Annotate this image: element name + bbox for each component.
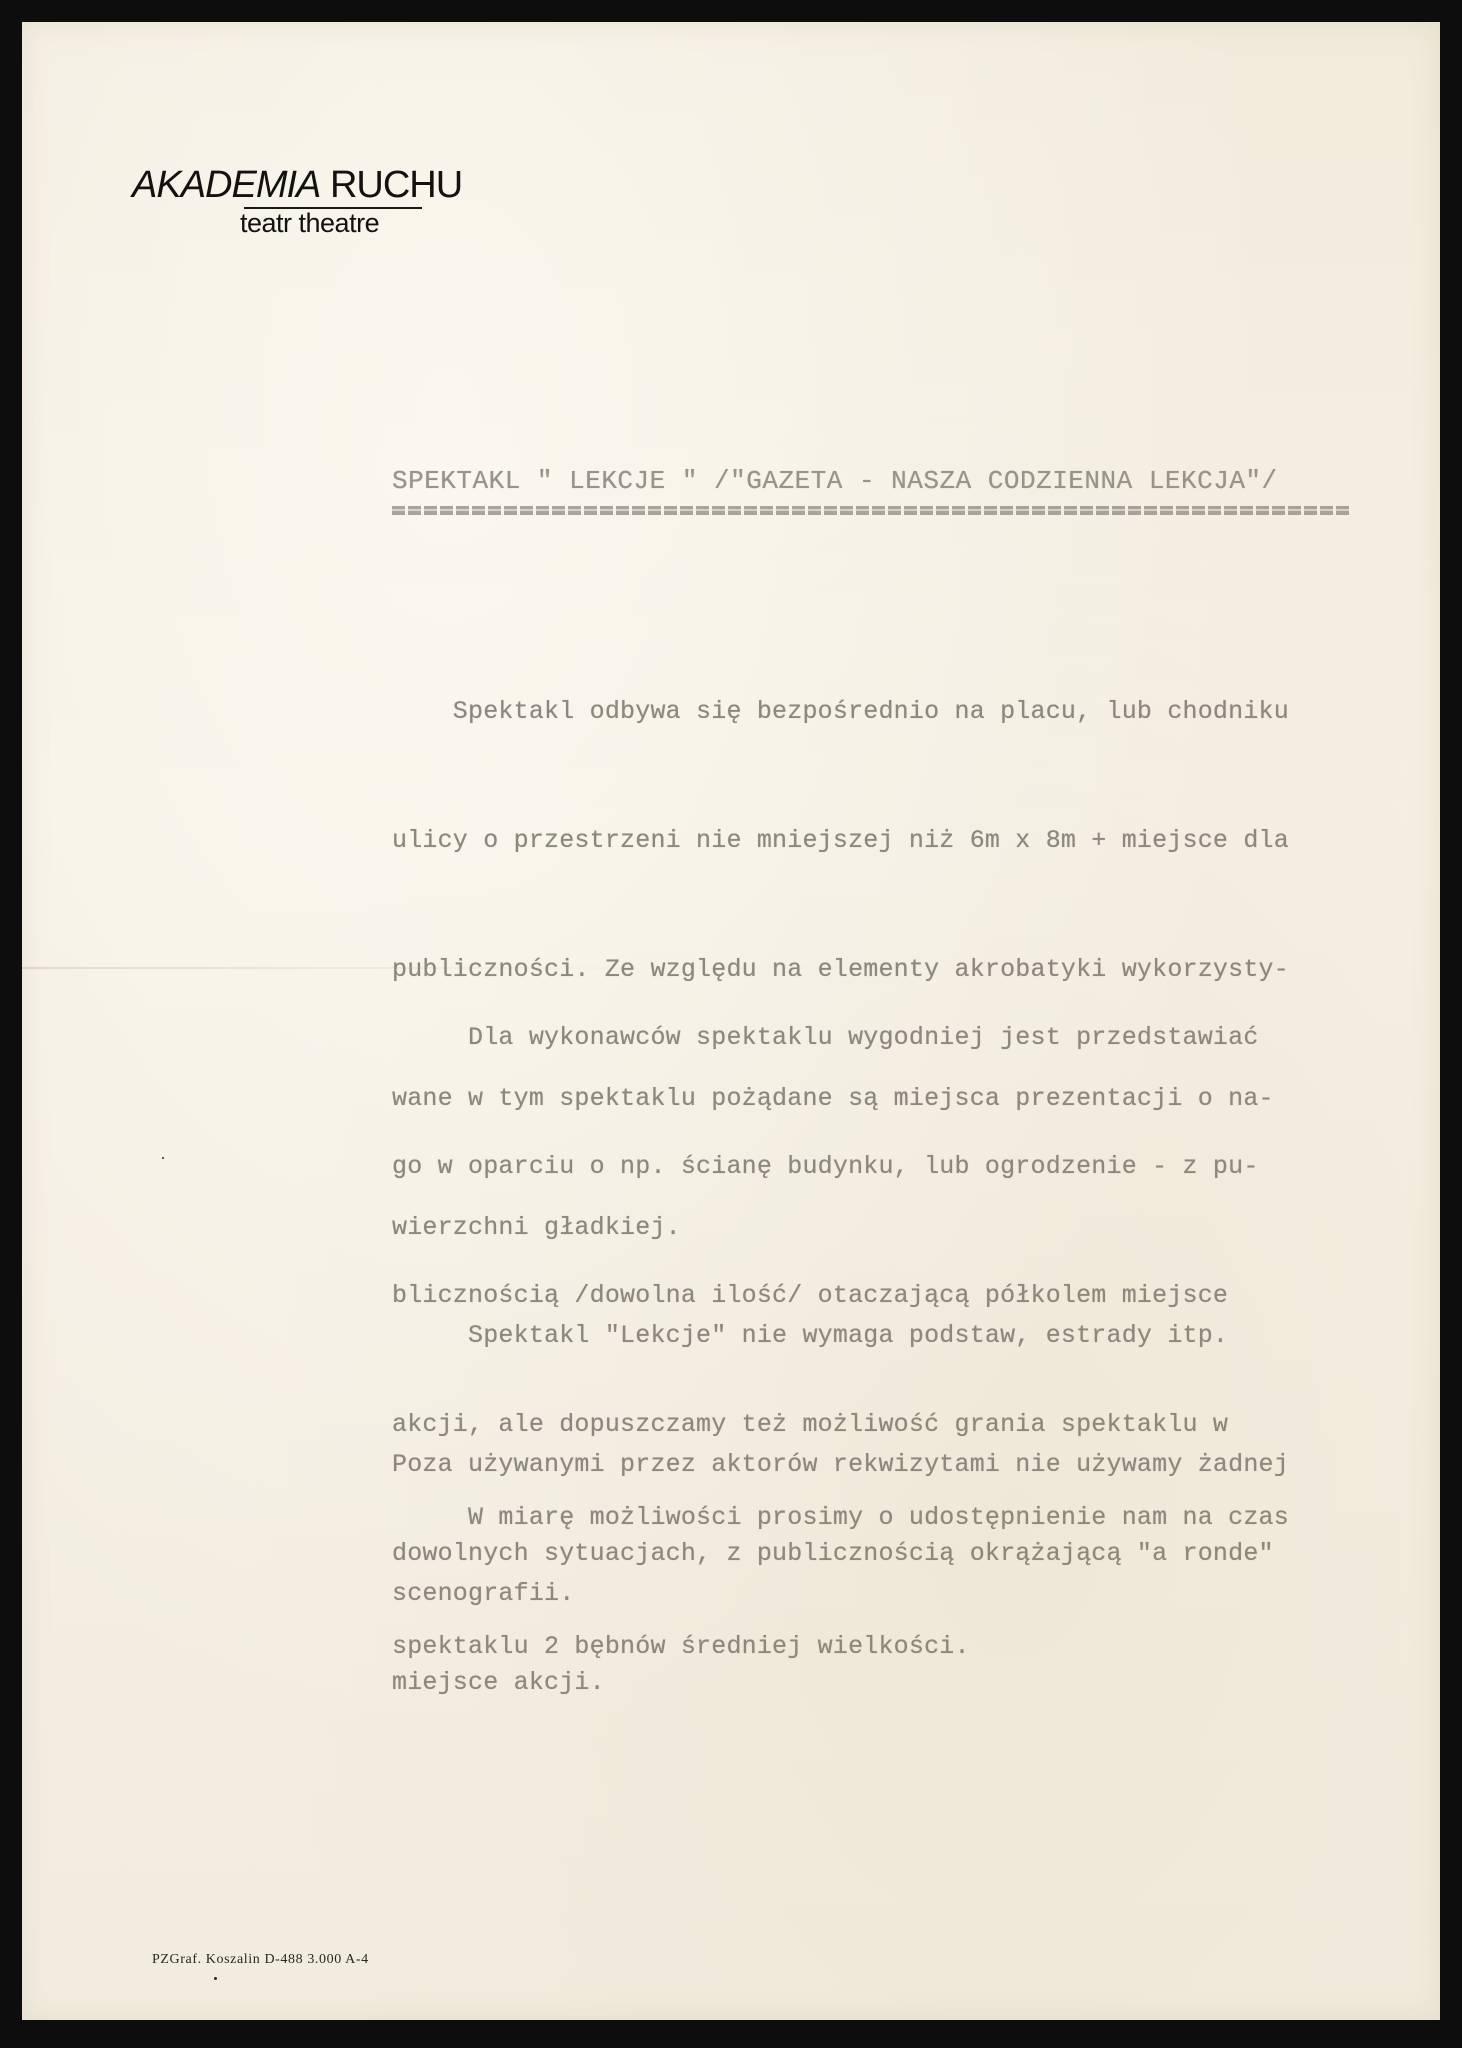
text-line: Dla wykonawców spektaklu wygodniej jest … <box>392 1016 1274 1059</box>
text-line: spektaklu 2 bębnów średniej wielkości. <box>392 1625 1289 1668</box>
text-line: go w oparciu o np. ścianę budynku, lub o… <box>392 1145 1274 1188</box>
logo-title: AKADEMIA RUCHU <box>132 164 452 206</box>
text-line: ulicy o przestrzeni nie mniejszej niż 6m… <box>392 819 1289 862</box>
letterhead-logo: AKADEMIA RUCHU teatr theatre <box>132 164 452 238</box>
text-line: Spektakl odbywa się bezpośrednio na plac… <box>392 690 1289 733</box>
document-heading: SPEKTAKL " LEKCJE " /"GAZETA - NASZA COD… <box>392 466 1278 496</box>
logo-subtitle: teatr theatre <box>240 208 452 238</box>
heading-double-underline <box>392 506 1352 515</box>
logo-word-ruchu: RUCHU <box>330 164 462 206</box>
paper-sheet: AKADEMIA RUCHU teatr theatre SPEKTAKL " … <box>22 22 1440 2020</box>
scan-background: AKADEMIA RUCHU teatr theatre SPEKTAKL " … <box>0 0 1462 2048</box>
ink-speck <box>162 1157 164 1159</box>
ink-speck <box>214 1977 217 1980</box>
printer-imprint: PZGraf. Koszalin D-488 3.000 A-4 <box>152 1952 369 1968</box>
text-line: Spektakl "Lekcje" nie wymaga podstaw, es… <box>392 1314 1289 1357</box>
paragraph-drums-request: W miarę możliwości prosimy o udostępnien… <box>392 1410 1289 1754</box>
logo-underline <box>244 207 422 209</box>
logo-word-akademia: AKADEMIA <box>132 164 320 206</box>
text-line: W miarę możliwości prosimy o udostępnien… <box>392 1496 1289 1539</box>
